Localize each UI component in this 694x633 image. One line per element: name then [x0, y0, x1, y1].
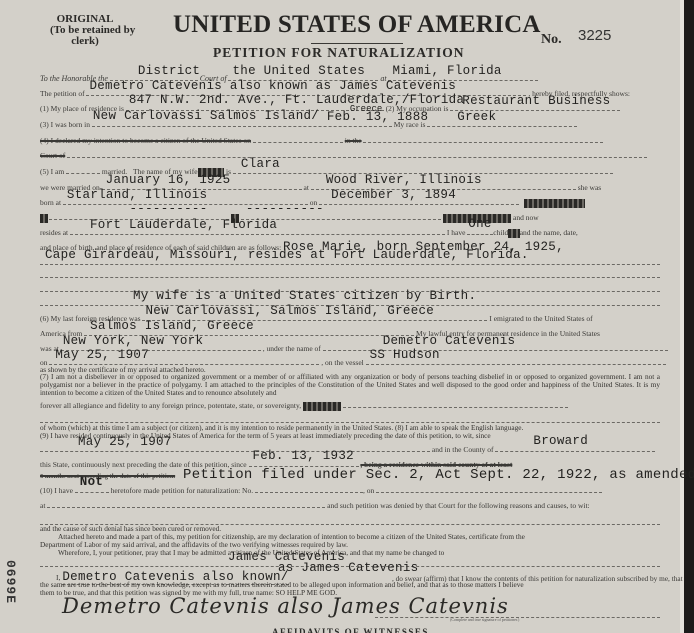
blank-line: [40, 277, 660, 278]
item-10-line: (10) I have Not heretofore made petition…: [40, 483, 660, 497]
wife-name: Clara: [241, 157, 280, 171]
married-label: (5) I am: [40, 167, 64, 176]
side-stamp-number: 0699E: [3, 560, 18, 604]
item-10-on: , on: [363, 486, 374, 495]
petitioner-name: Demetro Catevenis also known as James Ca…: [89, 79, 456, 93]
child-line-2: Cape Girardeau, Missouri, resides at For…: [45, 248, 529, 262]
wife-residence: Fort Lauderdale, Florida: [90, 218, 277, 232]
birthplace-value: New Carlovassi Salmos Island/: [93, 109, 319, 123]
emigrated-label: I emigrated to the United States of: [489, 314, 592, 323]
vessel-name: SS Hudson: [370, 348, 440, 362]
title-rule: [311, 43, 403, 44]
at-label: at: [40, 501, 45, 510]
signature-caption: (Complete and true signature of petition…: [450, 617, 519, 622]
entry-date: May 25, 1907: [55, 348, 149, 362]
oath-name-2: as James Catevenis: [278, 561, 418, 575]
petition-filed-line: 6 months next preceding the date of this…: [40, 468, 660, 482]
petition-number: 3225: [578, 27, 611, 44]
wife-birthdate: December 3, 1894: [331, 188, 456, 202]
scan-border: [684, 0, 694, 633]
item-10-text: heretofore made petition for naturalizat…: [111, 486, 253, 495]
she-was-label: she was: [578, 183, 602, 192]
declaration-line-struck-2: Court of: [40, 148, 660, 162]
declaration-line-struck: (4) I declared my intention to become a …: [40, 133, 660, 147]
court-location: Miami, Florida: [392, 64, 501, 78]
retained-note-2: clerk): [50, 36, 120, 47]
petitioner-signature: Demetro Catevnis also James Catevnis: [62, 594, 509, 618]
birth-line: (3) I was born in New Carlovassi Salmos …: [40, 117, 660, 131]
i-have-label: I have: [447, 228, 466, 237]
married-at-label: at: [304, 183, 309, 192]
race-value: Greek: [457, 110, 496, 124]
children-count: One: [468, 217, 491, 231]
resided-since: May 25, 1907: [78, 435, 172, 449]
wife-resides-label: resides at: [40, 228, 68, 237]
occupation-value: Restaurant Business: [462, 94, 610, 108]
item-10-label: (10) I have: [40, 486, 73, 495]
born-label: (3) I was born in: [40, 120, 90, 129]
wife-entered-placeholder-2: ----------: [246, 202, 324, 216]
wife-resides-line: resides at Fort Lauderdale, Florida I ha…: [40, 225, 660, 239]
declaration-court-struck: Court of: [40, 151, 65, 160]
and-now-label: and now: [513, 213, 539, 222]
xed-out-text: XXXXXXXXXX: [303, 402, 341, 411]
residence-value: 847 N.W. 2nd. Ave., Ft. Lauderdale,/Flor…: [129, 93, 464, 107]
wife-citizen-note: My wife is a United States citizen by Bi…: [133, 289, 476, 303]
document-subtitle: PETITION FOR NATURALIZATION: [213, 45, 465, 61]
original-label: ORIGINAL (To be retained by clerk): [50, 14, 120, 47]
wife-birthplace: Starland, Illinois: [67, 188, 207, 202]
declaration-struck-text: (4) I declared my intention to become a …: [40, 136, 251, 145]
number-label: No.: [541, 32, 562, 48]
married-at-value: Wood River, Illinois: [326, 173, 482, 187]
wife-entered-placeholder: ----------: [129, 202, 207, 216]
xed-out-text: XX: [40, 214, 48, 223]
entry-name: Demetro Catevenis: [383, 334, 516, 348]
county-label: and in the County of: [432, 445, 494, 454]
allegiance-line: forever all allegiance and fidelity to a…: [40, 398, 660, 412]
at-line: at and such petition was denied by that …: [40, 498, 660, 512]
wherefore-text: Wherefore, I, your petitioner, pray that…: [40, 549, 660, 557]
child-line-2-row: Cape Girardeau, Missouri, resides at For…: [40, 255, 660, 269]
declaration-in-struck: in the: [345, 136, 362, 145]
document-title: UNITED STATES OF AMERICA: [173, 11, 541, 39]
state-since: Feb. 13, 1932: [253, 449, 354, 463]
court-of-value: the United States: [232, 64, 365, 78]
under-name-label: , under the name of: [263, 344, 321, 353]
affidavits-heading: AFFIDAVITS OF WITNESSES: [272, 627, 429, 633]
birth-date: Feb. 13, 1888: [327, 110, 428, 124]
foreign-residence: New Carlovassi, Salmos Island, Greece: [145, 304, 434, 318]
entry-port: New York, New York: [63, 334, 203, 348]
child-label: child: [493, 228, 508, 237]
petition-filed-note: Petition filed under Sec. 2, Act Sept. 2…: [183, 467, 694, 483]
petition-of-label: The petition of: [40, 89, 85, 98]
item-7-text: (7) I am not a disbeliever in or opposed…: [40, 373, 660, 397]
months-struck: 6 months next preceding the date of this…: [40, 473, 175, 480]
county-value: Broward: [533, 434, 588, 448]
item-10-value: Not: [80, 475, 103, 489]
wife-born-label: born at: [40, 198, 61, 207]
denied-text: and such petition was denied by that Cou…: [327, 501, 589, 510]
court-type: District: [138, 64, 200, 78]
xed-out-text: XXXXXXXXXXXXXXXX: [524, 199, 585, 208]
name-date-label: and the name, date,: [520, 228, 578, 237]
emigrated-from: Salmos Island, Greece: [90, 319, 254, 333]
married-on-value: January 16, 1925: [106, 173, 231, 187]
xed-out-text: XXX: [508, 229, 519, 238]
allegiance-text: forever all allegiance and fidelity to a…: [40, 401, 301, 410]
